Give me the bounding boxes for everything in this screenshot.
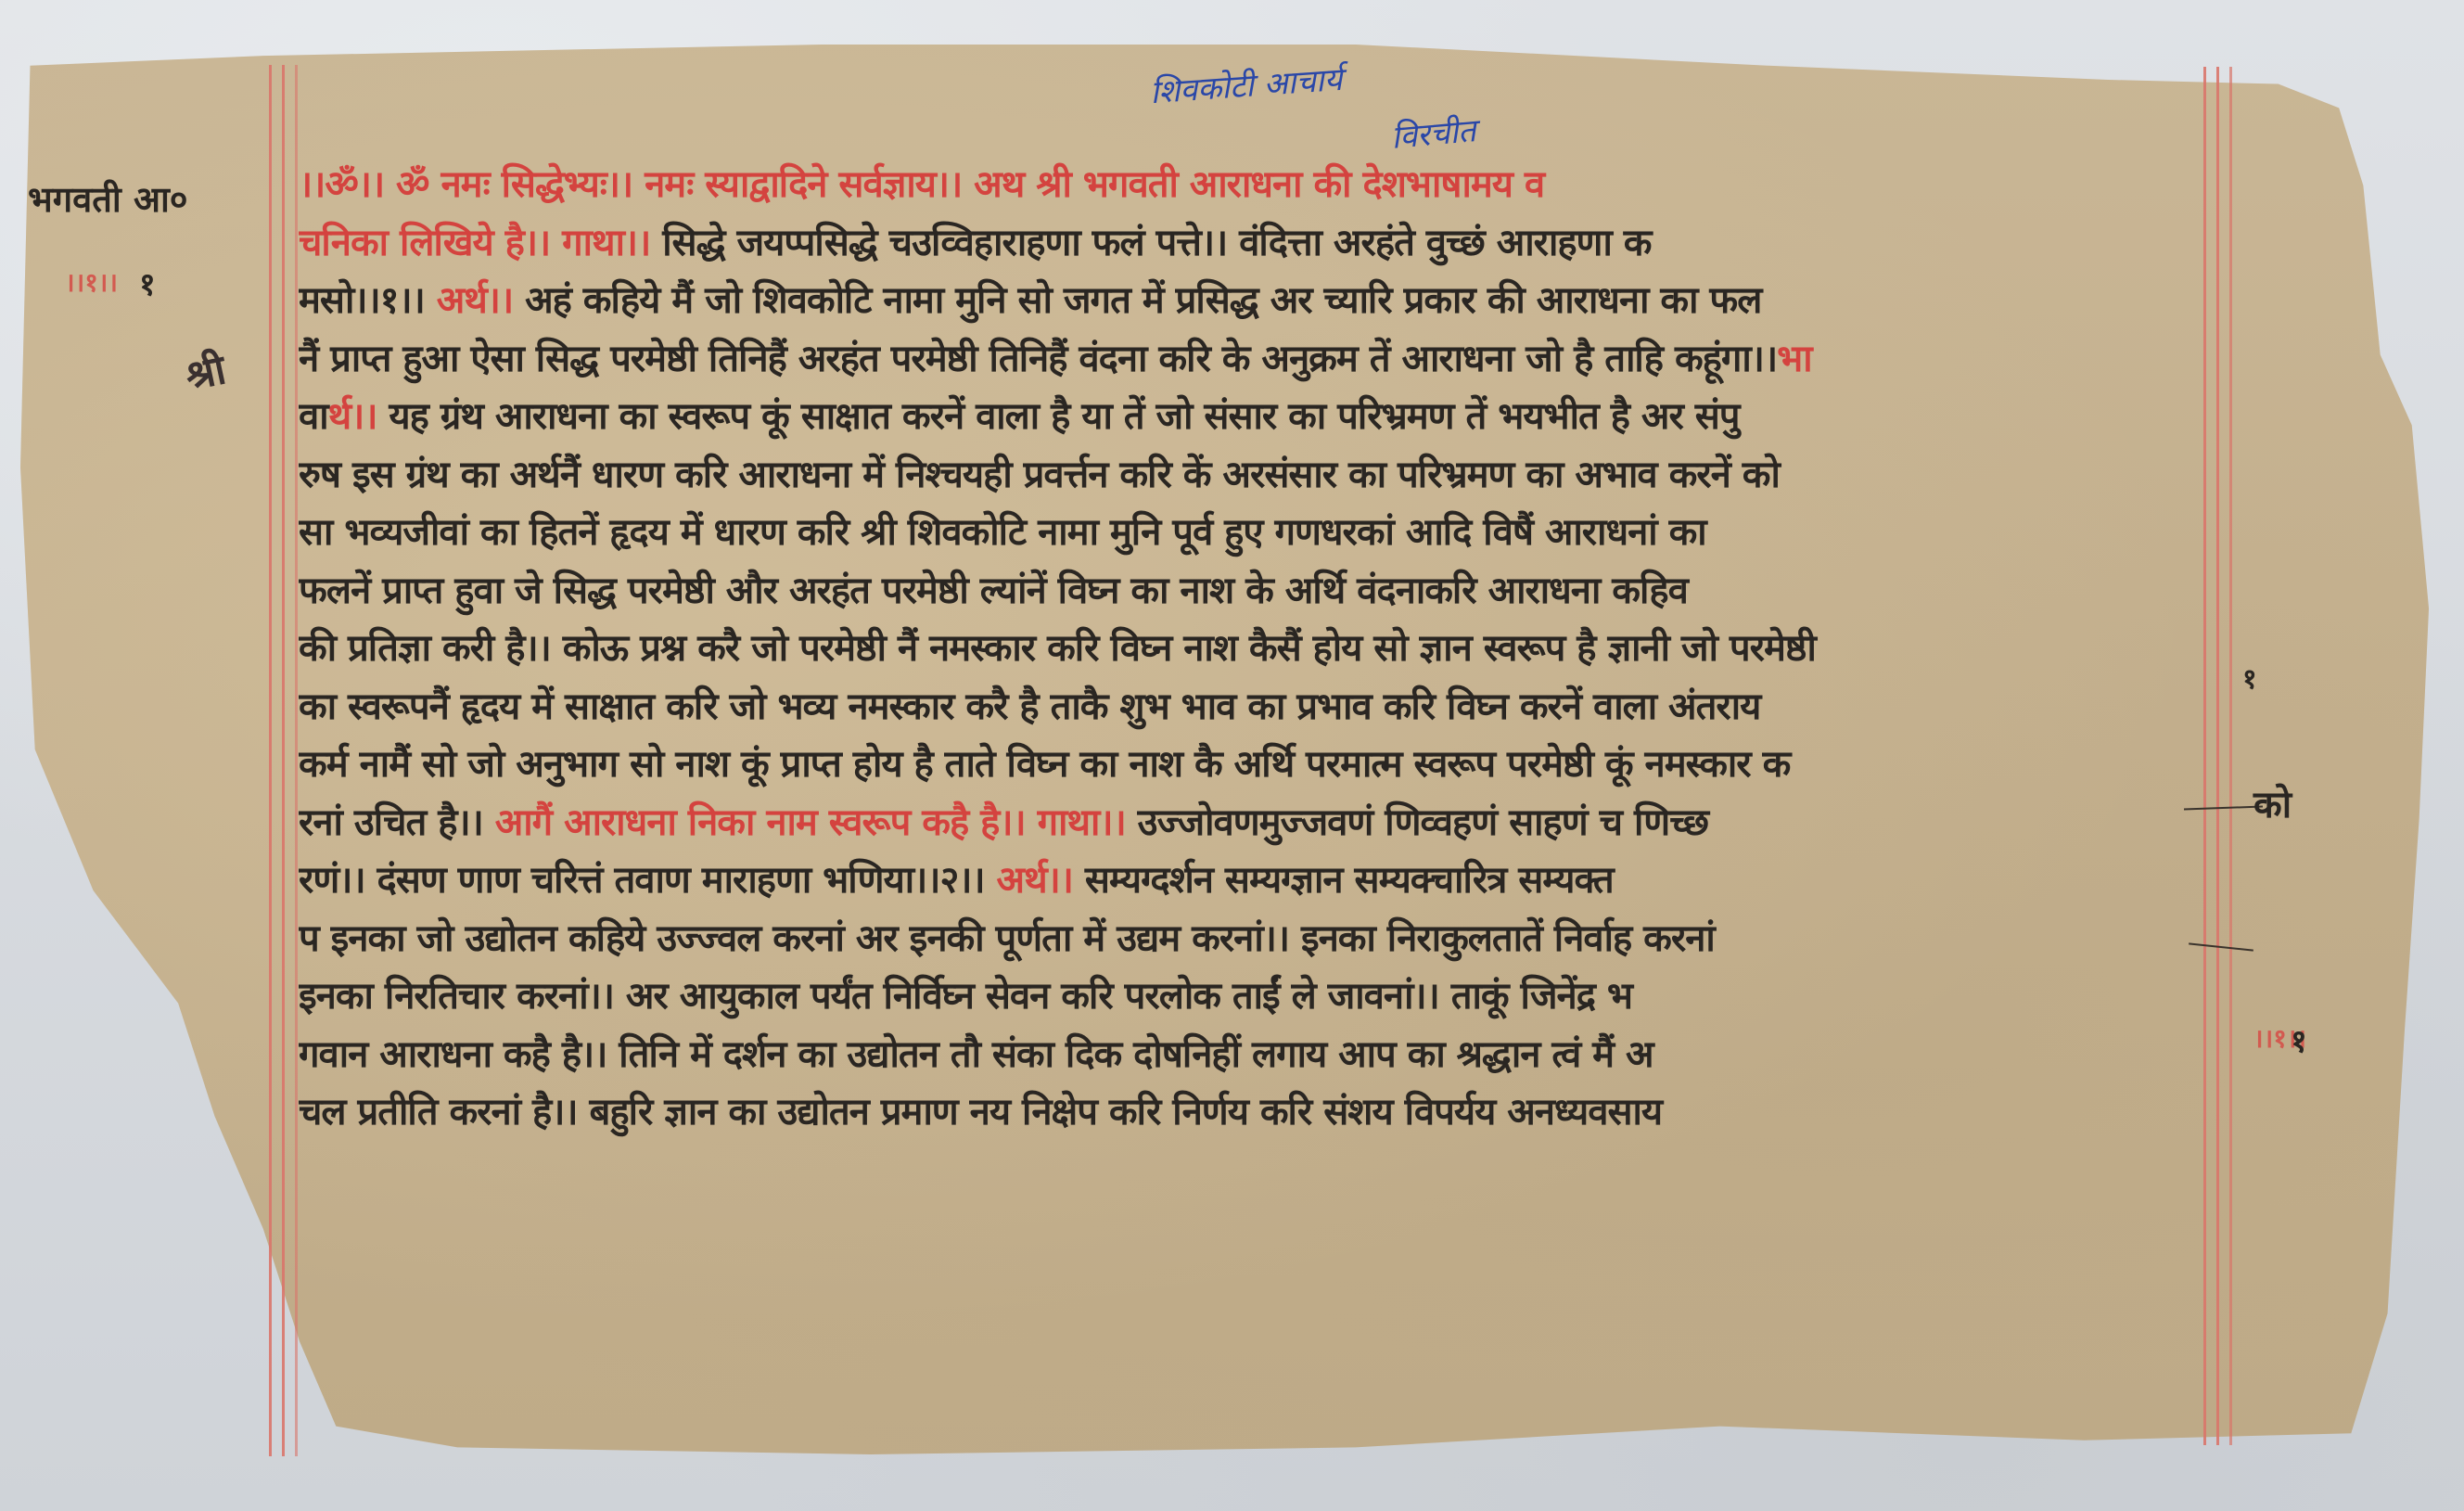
left-ruling-line-3 xyxy=(295,65,298,1456)
text-line: रणं।। दंसण णाण चरित्तं तवाण माराहणा भणिय… xyxy=(299,852,2200,910)
text-line: वार्थ।। यह ग्रंथ आराधना का स्वरूप कूं सा… xyxy=(299,388,2200,446)
text-line: ।।ॐ।। ॐ नमः सिद्धेभ्यः।। नमः स्याद्वादिन… xyxy=(299,156,2200,214)
text-line: नैं प्राप्त हुआ ऐसा सिद्ध परमेष्ठी तिनिह… xyxy=(299,330,2200,389)
text-line: की प्रतिज्ञा करी है।। कोऊ प्रश्न करै जो … xyxy=(299,620,2200,678)
left-folio-ornament: ।।१।। xyxy=(65,264,118,300)
text-line: चनिका लिखिये है।। गाथा।। सिद्धे जयप्पसिद… xyxy=(299,214,2200,273)
text-line: रुष इस ग्रंथ का अर्थनैं धारण करि आराधना … xyxy=(299,446,2200,505)
text-line: मसो।।१।। अर्थ।। अहं कहिये मैं जो शिवकोटि… xyxy=(299,272,2200,330)
text-line: इनका निरतिचार करनां।। अर आयुकाल पर्यंत न… xyxy=(299,967,2200,1026)
text-line: गवान आराधना कहै है।। तिनि में दर्शन का उ… xyxy=(299,1026,2200,1084)
left-ruling-line-2 xyxy=(282,65,285,1456)
right-ruling-line-1 xyxy=(2203,67,2206,1445)
text-line: प इनका जो उद्योतन कहिये उज्ज्वल करनां अर… xyxy=(299,910,2200,968)
text-line: फलनें प्राप्त हुवा जे सिद्ध परमेष्ठी और … xyxy=(299,562,2200,621)
right-ruling-line-2 xyxy=(2216,67,2219,1445)
text-line: रनां उचित है।। आगैं आराधना निका नाम स्वर… xyxy=(299,794,2200,852)
left-folio-number: १ xyxy=(139,262,156,304)
right-ruling-line-3 xyxy=(2229,67,2232,1445)
manuscript-text-block: ।।ॐ।। ॐ नमः सिद्धेभ्यः।। नमः स्याद्वादिन… xyxy=(299,156,2200,1142)
text-line: चल प्रतीति करनां है।। बहुरि ज्ञान का उद्… xyxy=(299,1083,2200,1142)
margin-title: भगवती आ० xyxy=(28,174,188,223)
right-folio-number: १ xyxy=(2291,1018,2307,1061)
text-line: कर्म नामैं सो जो अनुभाग सो नाश कूं प्राप… xyxy=(299,736,2200,794)
right-margin-line-mark: १ xyxy=(2242,659,2257,697)
right-margin-insertion-note: को xyxy=(2253,777,2292,828)
text-line: का स्वरूपनैं हृदय में साक्षात करि जो भव्… xyxy=(299,678,2200,736)
left-ruling-line-1 xyxy=(269,65,272,1456)
text-line: सा भव्यजीवां का हितनें हृदय में धारण करि… xyxy=(299,504,2200,562)
pen-annotation-composed: विरचीत xyxy=(1389,108,1477,158)
